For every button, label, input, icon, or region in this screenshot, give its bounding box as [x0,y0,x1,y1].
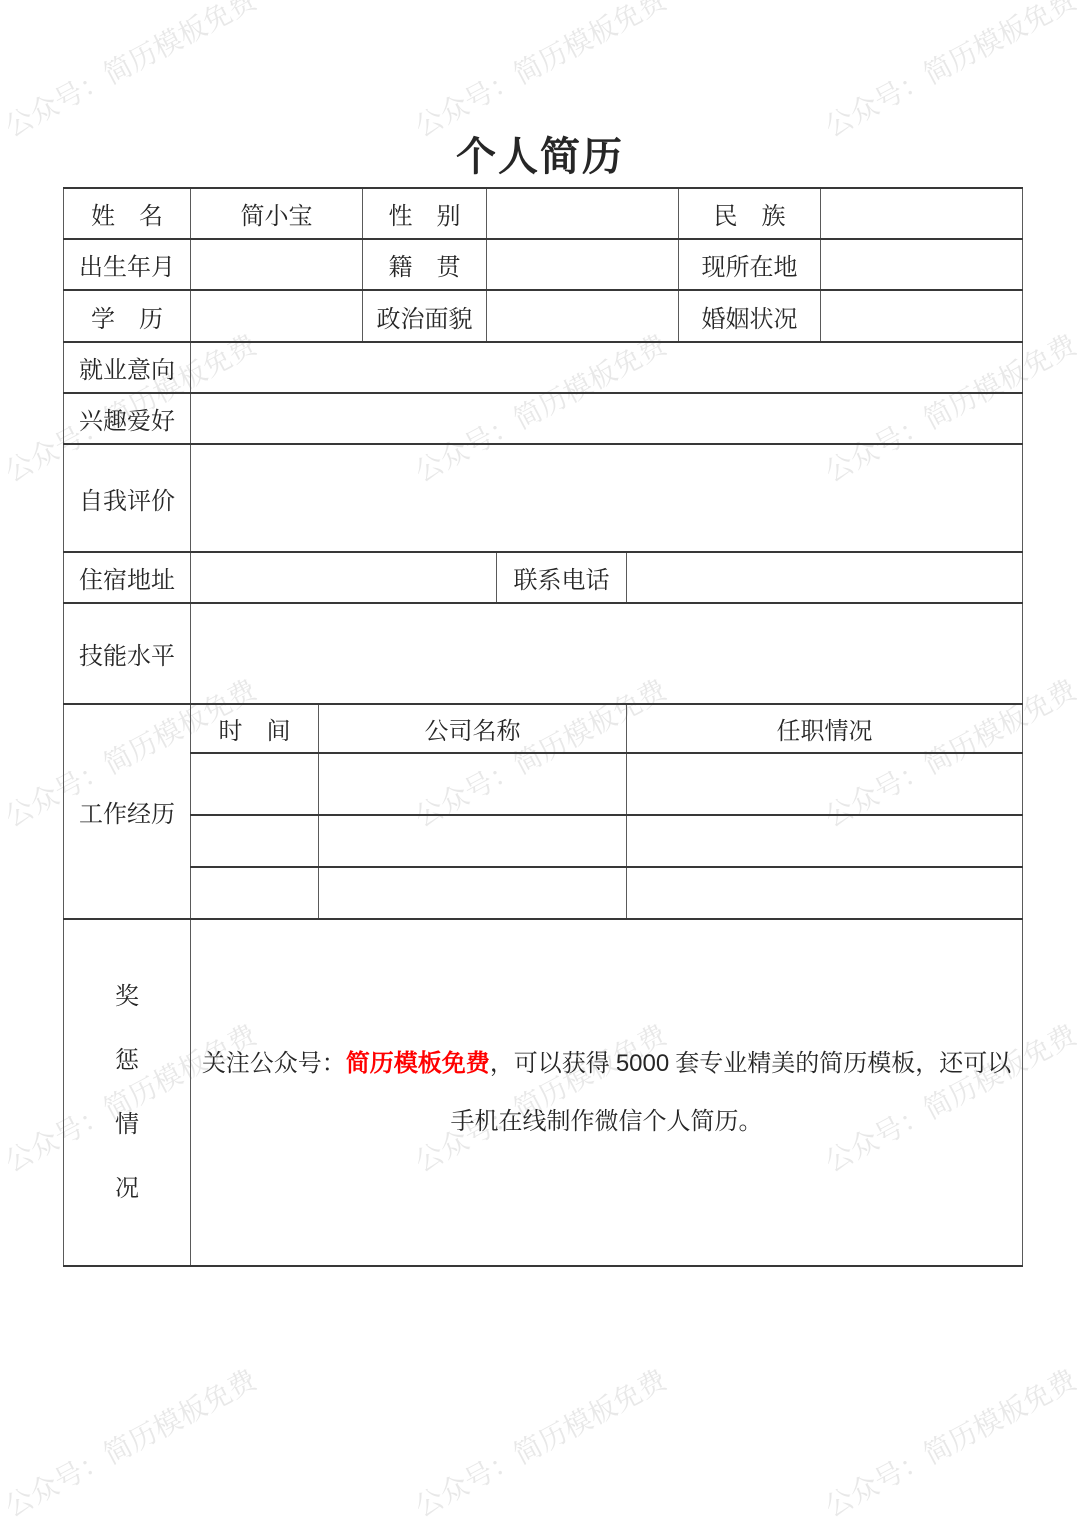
work-company-value [319,815,627,867]
table-row: 兴趣爱好 [64,393,1023,444]
name-value: 简小宝 [191,188,363,239]
rewards-label-char: 情 [64,1093,190,1157]
employment-intention-value [191,342,1023,393]
political-status-label: 政治面貌 [363,290,487,342]
work-time-value [191,815,319,867]
phone-value [627,552,1023,603]
table-row: 工作经历 时 间 公司名称 任职情况 [64,704,1023,753]
work-company-header: 公司名称 [319,704,627,753]
skills-label: 技能水平 [64,603,191,704]
ethnicity-label: 民 族 [679,188,821,239]
table-row: 技能水平 [64,603,1023,704]
watermark-text: 公众号：简历模板免费 [407,0,673,145]
address-value [191,552,497,603]
work-position-value [627,867,1023,919]
education-value [191,290,363,342]
self-evaluation-value [191,444,1023,552]
rewards-content-cell: 关注公众号：简历模板免费，可以获得 5000 套专业精美的简历模板，还可以手机在… [191,919,1023,1266]
watermark-text: 公众号：简历模板免费 [817,0,1080,145]
hobbies-label: 兴趣爱好 [64,393,191,444]
rewards-label-vertical: 奖 惩 情 况 [64,965,190,1221]
native-place-value [487,239,679,290]
table-row [64,815,1023,867]
table-row: 就业意向 [64,342,1023,393]
skills-value [191,603,1023,704]
rewards-label: 奖 惩 情 况 [64,919,191,1266]
name-label: 姓 名 [64,188,191,239]
marital-status-label: 婚姻状况 [679,290,821,342]
table-row: 住宿地址 联系电话 [64,552,1023,603]
native-place-label: 籍 贯 [363,239,487,290]
watermark-text: 公众号：简历模板免费 [407,1359,673,1526]
resume-page: 公众号：简历模板免费 公众号：简历模板免费 公众号：简历模板免费 公众号：简历模… [0,0,1080,1528]
promo-note-prefix: 关注公众号： [202,1051,346,1077]
watermark-text: 公众号：简历模板免费 [817,1359,1080,1526]
work-company-value [319,867,627,919]
address-label: 住宿地址 [64,552,191,603]
promo-note-mid: ，可以获得 [490,1051,616,1077]
rewards-label-char: 况 [64,1157,190,1221]
resume-table: 姓 名 简小宝 性 别 民 族 出生年月 籍 贯 现所在地 学 历 政治面貌 婚… [63,187,1023,1267]
work-time-value [191,753,319,815]
gender-label: 性 别 [363,188,487,239]
page-title: 个人简历 [0,132,1080,182]
watermark-text: 公众号：简历模板免费 [0,1359,263,1526]
gender-value [487,188,679,239]
work-time-header: 时 间 [191,704,319,753]
rewards-label-char: 奖 [64,965,190,1029]
promo-note-count: 5000 [616,1050,669,1077]
marital-status-value [821,290,1023,342]
table-row: 自我评价 [64,444,1023,552]
rewards-label-char: 惩 [64,1029,190,1093]
ethnicity-value [821,188,1023,239]
current-location-value [821,239,1023,290]
watermark-text: 公众号：简历模板免费 [0,0,263,145]
work-position-value [627,815,1023,867]
promo-note: 关注公众号：简历模板免费，可以获得 5000 套专业精美的简历模板，还可以手机在… [191,1035,1022,1151]
work-position-value [627,753,1023,815]
table-row: 学 历 政治面貌 婚姻状况 [64,290,1023,342]
work-position-header: 任职情况 [627,704,1023,753]
birth-date-value [191,239,363,290]
work-time-value [191,867,319,919]
table-row: 姓 名 简小宝 性 别 民 族 [64,188,1023,239]
work-experience-label: 工作经历 [64,704,191,919]
table-row: 出生年月 籍 贯 现所在地 [64,239,1023,290]
hobbies-value [191,393,1023,444]
phone-label: 联系电话 [497,552,627,603]
promo-note-highlight: 简历模板免费 [346,1051,490,1077]
birth-date-label: 出生年月 [64,239,191,290]
political-status-value [487,290,679,342]
table-row: 奖 惩 情 况 关注公众号：简历模板免费，可以获得 5000 套专业精美的简历模… [64,919,1023,1266]
work-company-value [319,753,627,815]
employment-intention-label: 就业意向 [64,342,191,393]
table-row [64,753,1023,815]
current-location-label: 现所在地 [679,239,821,290]
table-row [64,867,1023,919]
education-label: 学 历 [64,290,191,342]
self-evaluation-label: 自我评价 [64,444,191,552]
